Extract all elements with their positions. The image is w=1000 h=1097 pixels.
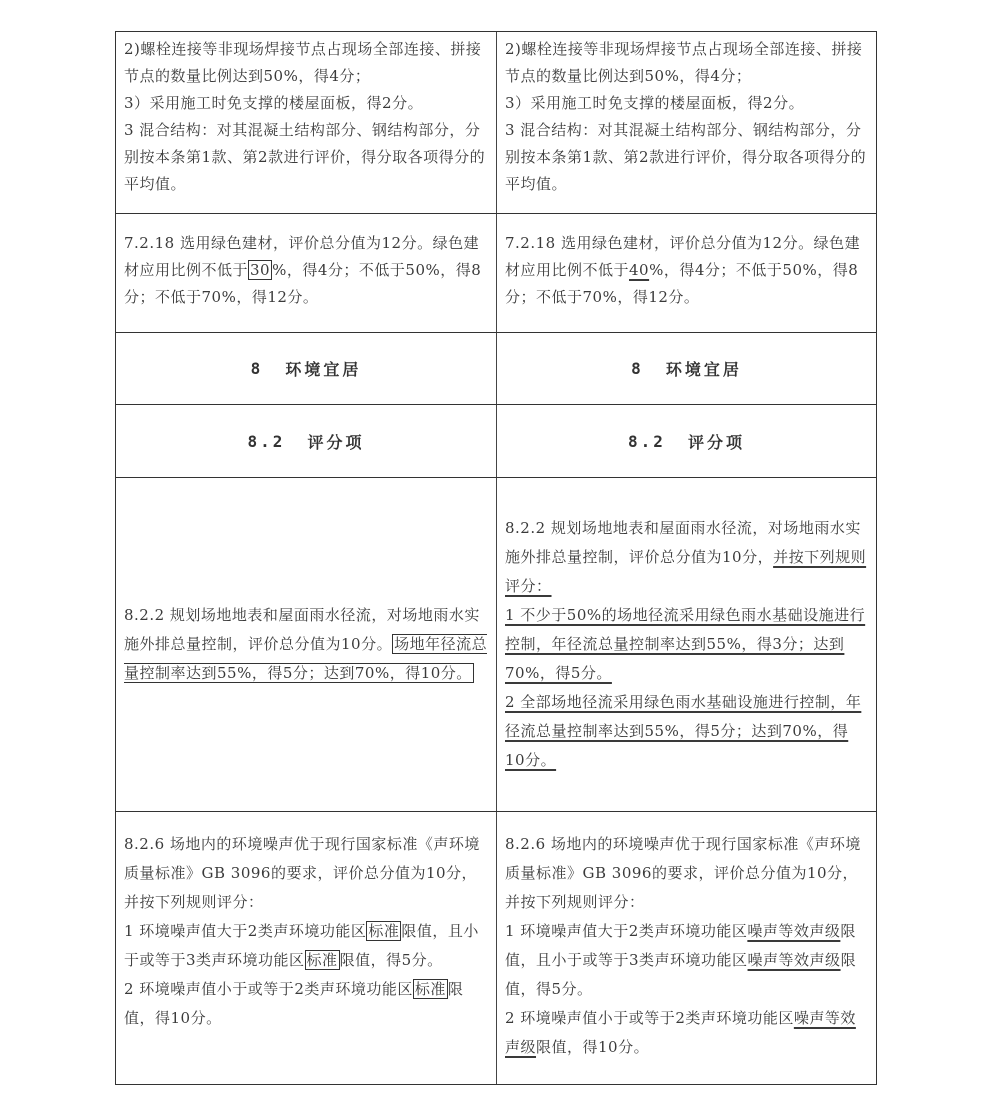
list-item: 2 环境噪声值小于或等于2类声环境功能区标准限值，得10分。 bbox=[124, 975, 488, 1033]
underlined-change: 2 全部场地径流采用绿色雨水基础设施进行控制，年径流总量控制率达到55%，得5分… bbox=[505, 688, 868, 775]
table-cell-revised: 2)螺栓连接等非现场焊接节点占现场全部连接、拼接节点的数量比例达到50%，得4分… bbox=[497, 32, 876, 213]
underlined-change: 40 bbox=[629, 261, 649, 279]
paragraph: 3 混合结构：对其混凝土结构部分、钢结构部分，分别按本条第1款、第2款进行评价，… bbox=[124, 117, 488, 198]
list-item: 1 环境噪声值大于2类声环境功能区标准限值，且小于或等于3类声环境功能区标准限值… bbox=[124, 917, 488, 975]
table-row: 7.2.18 选用绿色建材，评价总分值为12分。绿色建材应用比例不低于30%，得… bbox=[116, 214, 876, 333]
underlined-change: 噪声等效声级 bbox=[747, 922, 840, 940]
table-cell-revised: 8环境宜居 bbox=[497, 333, 876, 404]
clause-8-2-6: 8.2.6 场地内的环境噪声优于现行国家标准《声环境质量标准》GB 3096的要… bbox=[505, 830, 868, 1062]
section-number: 8.2 bbox=[628, 432, 666, 451]
list-item: 2 环境噪声值小于或等于2类声环境功能区噪声等效声级限值，得10分。 bbox=[505, 1004, 868, 1062]
table-cell-revised: 7.2.18 选用绿色建材，评价总分值为12分。绿色建材应用比例不低于40%，得… bbox=[497, 214, 876, 332]
table-cell-original: 8.2评分项 bbox=[116, 405, 497, 477]
clause-text: 限值，得5分。 bbox=[340, 951, 443, 969]
table-cell-revised: 8.2.6 场地内的环境噪声优于现行国家标准《声环境质量标准》GB 3096的要… bbox=[497, 812, 876, 1084]
table-row: 8.2.2 规划场地地表和屋面雨水径流，对场地雨水实施外排总量控制，评价总分值为… bbox=[116, 478, 876, 812]
paragraph: 3）采用施工时免支撑的楼屋面板，得2分。 bbox=[124, 90, 488, 117]
boxed-change: 标准 bbox=[413, 979, 448, 999]
table-cell-revised: 8.2评分项 bbox=[497, 405, 876, 477]
table-cell-revised: 8.2.2 规划场地地表和屋面雨水径流，对场地雨水实施外排总量控制，评价总分值为… bbox=[497, 478, 876, 811]
clause-text: 限值，得10分。 bbox=[536, 1038, 649, 1056]
clause-7-2-18: 7.2.18 选用绿色建材，评价总分值为12分。绿色建材应用比例不低于30%，得… bbox=[124, 230, 488, 311]
clause-8-2-6: 8.2.6 场地内的环境噪声优于现行国家标准《声环境质量标准》GB 3096的要… bbox=[124, 830, 488, 1033]
underlined-change: 1 不少于50%的场地径流采用绿色雨水基础设施进行控制，年径流总量控制率达到55… bbox=[505, 601, 868, 688]
section-title: 评分项 bbox=[688, 430, 745, 453]
subsection-heading: 8.2评分项 bbox=[505, 405, 868, 477]
table-row: 8.2评分项 8.2评分项 bbox=[116, 405, 876, 478]
paragraph: 2)螺栓连接等非现场焊接节点占现场全部连接、拼接节点的数量比例达到50%，得4分… bbox=[505, 36, 868, 90]
boxed-change: 30 bbox=[248, 260, 272, 280]
section-number: 8 bbox=[251, 359, 264, 378]
clause-8-2-2: 8.2.2 规划场地地表和屋面雨水径流，对场地雨水实施外排总量控制，评价总分值为… bbox=[124, 601, 488, 688]
list-item: 1 环境噪声值大于2类声环境功能区噪声等效声级限值，且小于或等于3类声环境功能区… bbox=[505, 917, 868, 1004]
comparison-table: 2)螺栓连接等非现场焊接节点占现场全部连接、拼接节点的数量比例达到50%，得4分… bbox=[115, 31, 877, 1085]
clause-text: 8.2.6 场地内的环境噪声优于现行国家标准《声环境质量标准》GB 3096的要… bbox=[505, 830, 868, 917]
subsection-heading: 8.2评分项 bbox=[124, 405, 488, 477]
table-row: 8环境宜居 8环境宜居 bbox=[116, 333, 876, 405]
boxed-change: 标准 bbox=[366, 921, 401, 941]
table-cell-original: 8.2.2 规划场地地表和屋面雨水径流，对场地雨水实施外排总量控制，评价总分值为… bbox=[116, 478, 497, 811]
section-title: 环境宜居 bbox=[666, 357, 742, 380]
table-cell-original: 8环境宜居 bbox=[116, 333, 497, 404]
paragraph: 3 混合结构：对其混凝土结构部分、钢结构部分，分别按本条第1款、第2款进行评价，… bbox=[505, 117, 868, 198]
clause-text: 8.2.6 场地内的环境噪声优于现行国家标准《声环境质量标准》GB 3096的要… bbox=[124, 830, 488, 917]
table-cell-original: 7.2.18 选用绿色建材，评价总分值为12分。绿色建材应用比例不低于30%，得… bbox=[116, 214, 497, 332]
clause-text: 2 环境噪声值小于或等于2类声环境功能区 bbox=[505, 1009, 794, 1027]
clause-text: 1 环境噪声值大于2类声环境功能区 bbox=[505, 922, 747, 940]
section-heading: 8环境宜居 bbox=[505, 333, 868, 404]
section-number: 8 bbox=[631, 359, 644, 378]
clause-8-2-2: 8.2.2 规划场地地表和屋面雨水径流，对场地雨水实施外排总量控制，评价总分值为… bbox=[505, 514, 868, 775]
section-heading: 8环境宜居 bbox=[124, 333, 488, 404]
clause-text: 1 环境噪声值大于2类声环境功能区 bbox=[124, 922, 366, 940]
section-title: 评分项 bbox=[307, 430, 364, 453]
table-row: 8.2.6 场地内的环境噪声优于现行国家标准《声环境质量标准》GB 3096的要… bbox=[116, 812, 876, 1084]
section-number: 8.2 bbox=[248, 432, 286, 451]
table-row: 2)螺栓连接等非现场焊接节点占现场全部连接、拼接节点的数量比例达到50%，得4分… bbox=[116, 32, 876, 214]
paragraph: 2)螺栓连接等非现场焊接节点占现场全部连接、拼接节点的数量比例达到50%，得4分… bbox=[124, 36, 488, 90]
clause-text: 2 环境噪声值小于或等于2类声环境功能区 bbox=[124, 980, 413, 998]
table-cell-original: 8.2.6 场地内的环境噪声优于现行国家标准《声环境质量标准》GB 3096的要… bbox=[116, 812, 497, 1084]
table-cell-original: 2)螺栓连接等非现场焊接节点占现场全部连接、拼接节点的数量比例达到50%，得4分… bbox=[116, 32, 497, 213]
paragraph: 3）采用施工时免支撑的楼屋面板，得2分。 bbox=[505, 90, 868, 117]
underlined-change: 噪声等效声级 bbox=[748, 951, 841, 969]
boxed-change: 标准 bbox=[305, 950, 340, 970]
clause-7-2-18: 7.2.18 选用绿色建材，评价总分值为12分。绿色建材应用比例不低于40%，得… bbox=[505, 230, 868, 311]
section-title: 环境宜居 bbox=[285, 357, 361, 380]
